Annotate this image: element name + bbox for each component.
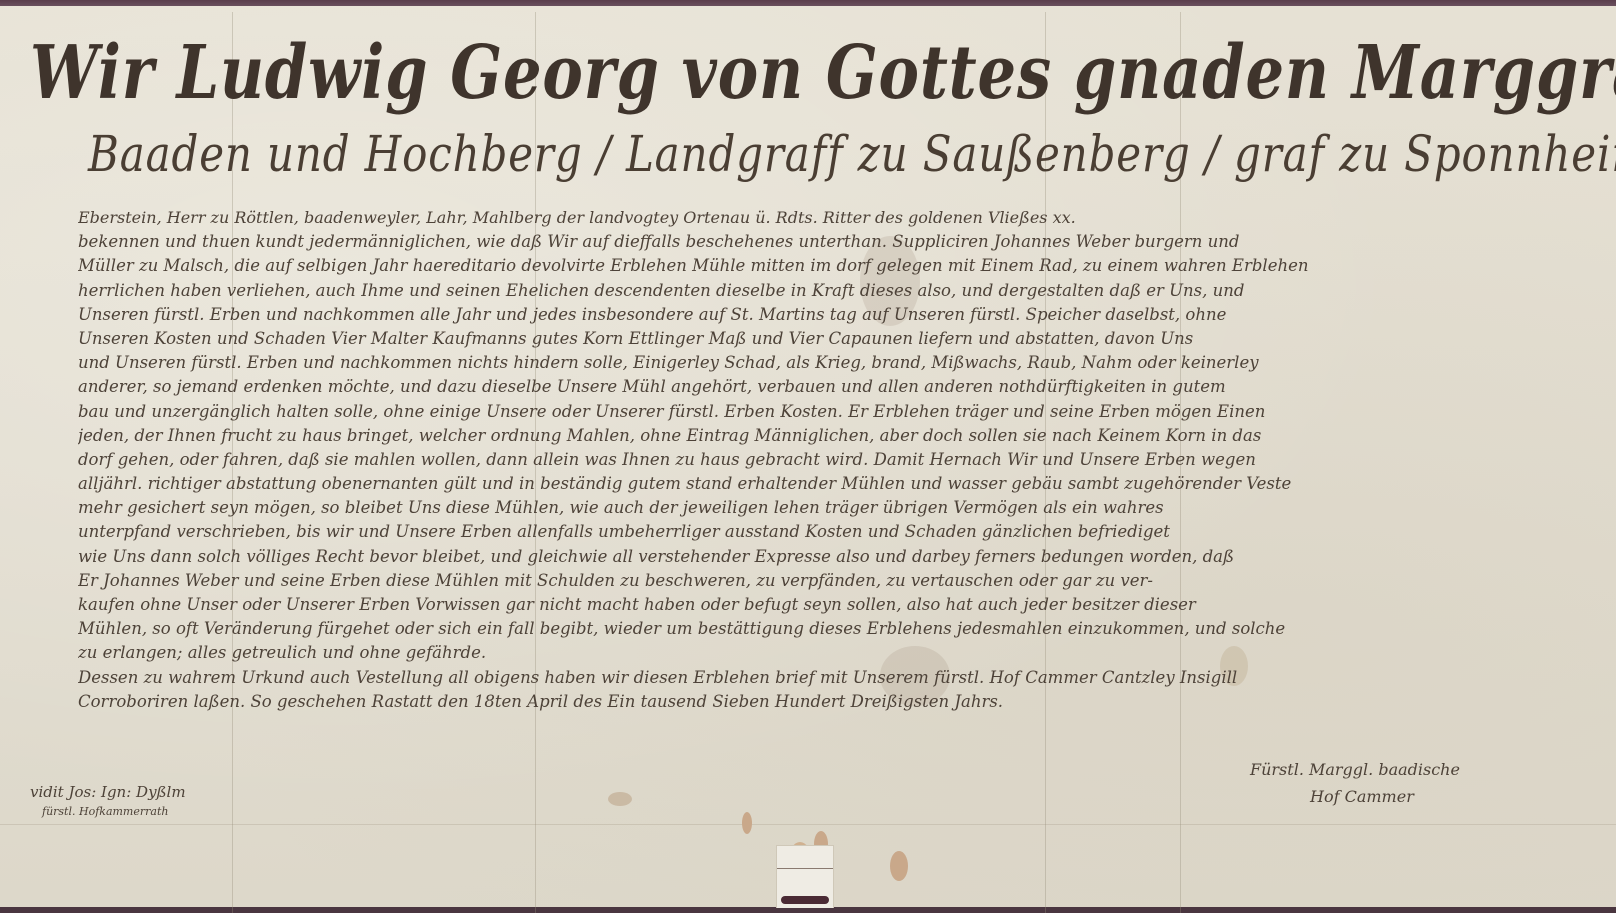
body-line: Eberstein, Herr zu Röttlen, baadenweyler… — [78, 206, 1578, 230]
signature-office: Fürstl. Marggl. baadische — [1250, 760, 1460, 779]
heading-line-1: Wir Ludwig Georg von Gottes gnaden Margg… — [30, 30, 1616, 116]
wax-stain — [742, 812, 752, 834]
body-line: Corroboriren laßen. So geschehen Rastatt… — [78, 690, 1578, 714]
body-line: anderer, so jemand erdenken möchte, und … — [78, 375, 1578, 399]
signature-name: vidit Jos: Ign: Dyßlm — [30, 783, 186, 801]
signature-vidit: vidit Jos: Ign: Dyßlm fürstl. Hofkammerr… — [30, 783, 186, 818]
wax-stain — [890, 851, 908, 881]
body-line: wie Uns dann solch völliges Recht bevor … — [78, 545, 1578, 569]
body-line: zu erlangen; alles getreulich und ohne g… — [78, 641, 1578, 665]
body-line: unterpfand verschrieben, bis wir und Uns… — [78, 520, 1578, 544]
seal-tab — [776, 845, 834, 907]
wax-stain — [608, 792, 632, 806]
body-line: alljährl. richtiger abstattung obenernan… — [78, 472, 1578, 496]
body-line: mehr gesichert seyn mögen, so bleibet Un… — [78, 496, 1578, 520]
fold-line — [0, 824, 1616, 825]
signature-title: fürstl. Hofkammerrath — [42, 805, 186, 818]
body-line: bekennen und thuen kundt jedermänniglich… — [78, 230, 1578, 254]
body-line: herrlichen haben verliehen, auch Ihme un… — [78, 279, 1578, 303]
body-line: kaufen ohne Unser oder Unserer Erben Vor… — [78, 593, 1578, 617]
signature-office-2: Hof Cammer — [1310, 787, 1460, 806]
heading-line-2: Baaden und Hochberg / Landgraff zu Sauße… — [88, 125, 1616, 183]
body-line: Unseren fürstl. Erben und nachkommen all… — [78, 303, 1578, 327]
body-line: Dessen zu wahrem Urkund auch Vestellung … — [78, 666, 1578, 690]
body-line: Müller zu Malsch, die auf selbigen Jahr … — [78, 254, 1578, 278]
body-line: Er Johannes Weber und seine Erben diese … — [78, 569, 1578, 593]
seal-fold — [777, 868, 833, 869]
charter-body: Eberstein, Herr zu Röttlen, baadenweyler… — [78, 206, 1578, 714]
body-line: bau und unzergänglich halten solle, ohne… — [78, 400, 1578, 424]
body-line: Mühlen, so oft Veränderung fürgehet oder… — [78, 617, 1578, 641]
body-line: Unseren Kosten und Schaden Vier Malter K… — [78, 327, 1578, 351]
signature-chamber: Fürstl. Marggl. baadische Hof Cammer — [1250, 760, 1460, 806]
wax-seal-remnant — [781, 896, 829, 904]
body-line: und Unseren fürstl. Erben und nachkommen… — [78, 351, 1578, 375]
body-line: dorf gehen, oder fahren, daß sie mahlen … — [78, 448, 1578, 472]
body-line: jeden, der Ihnen frucht zu haus bringet,… — [78, 424, 1578, 448]
